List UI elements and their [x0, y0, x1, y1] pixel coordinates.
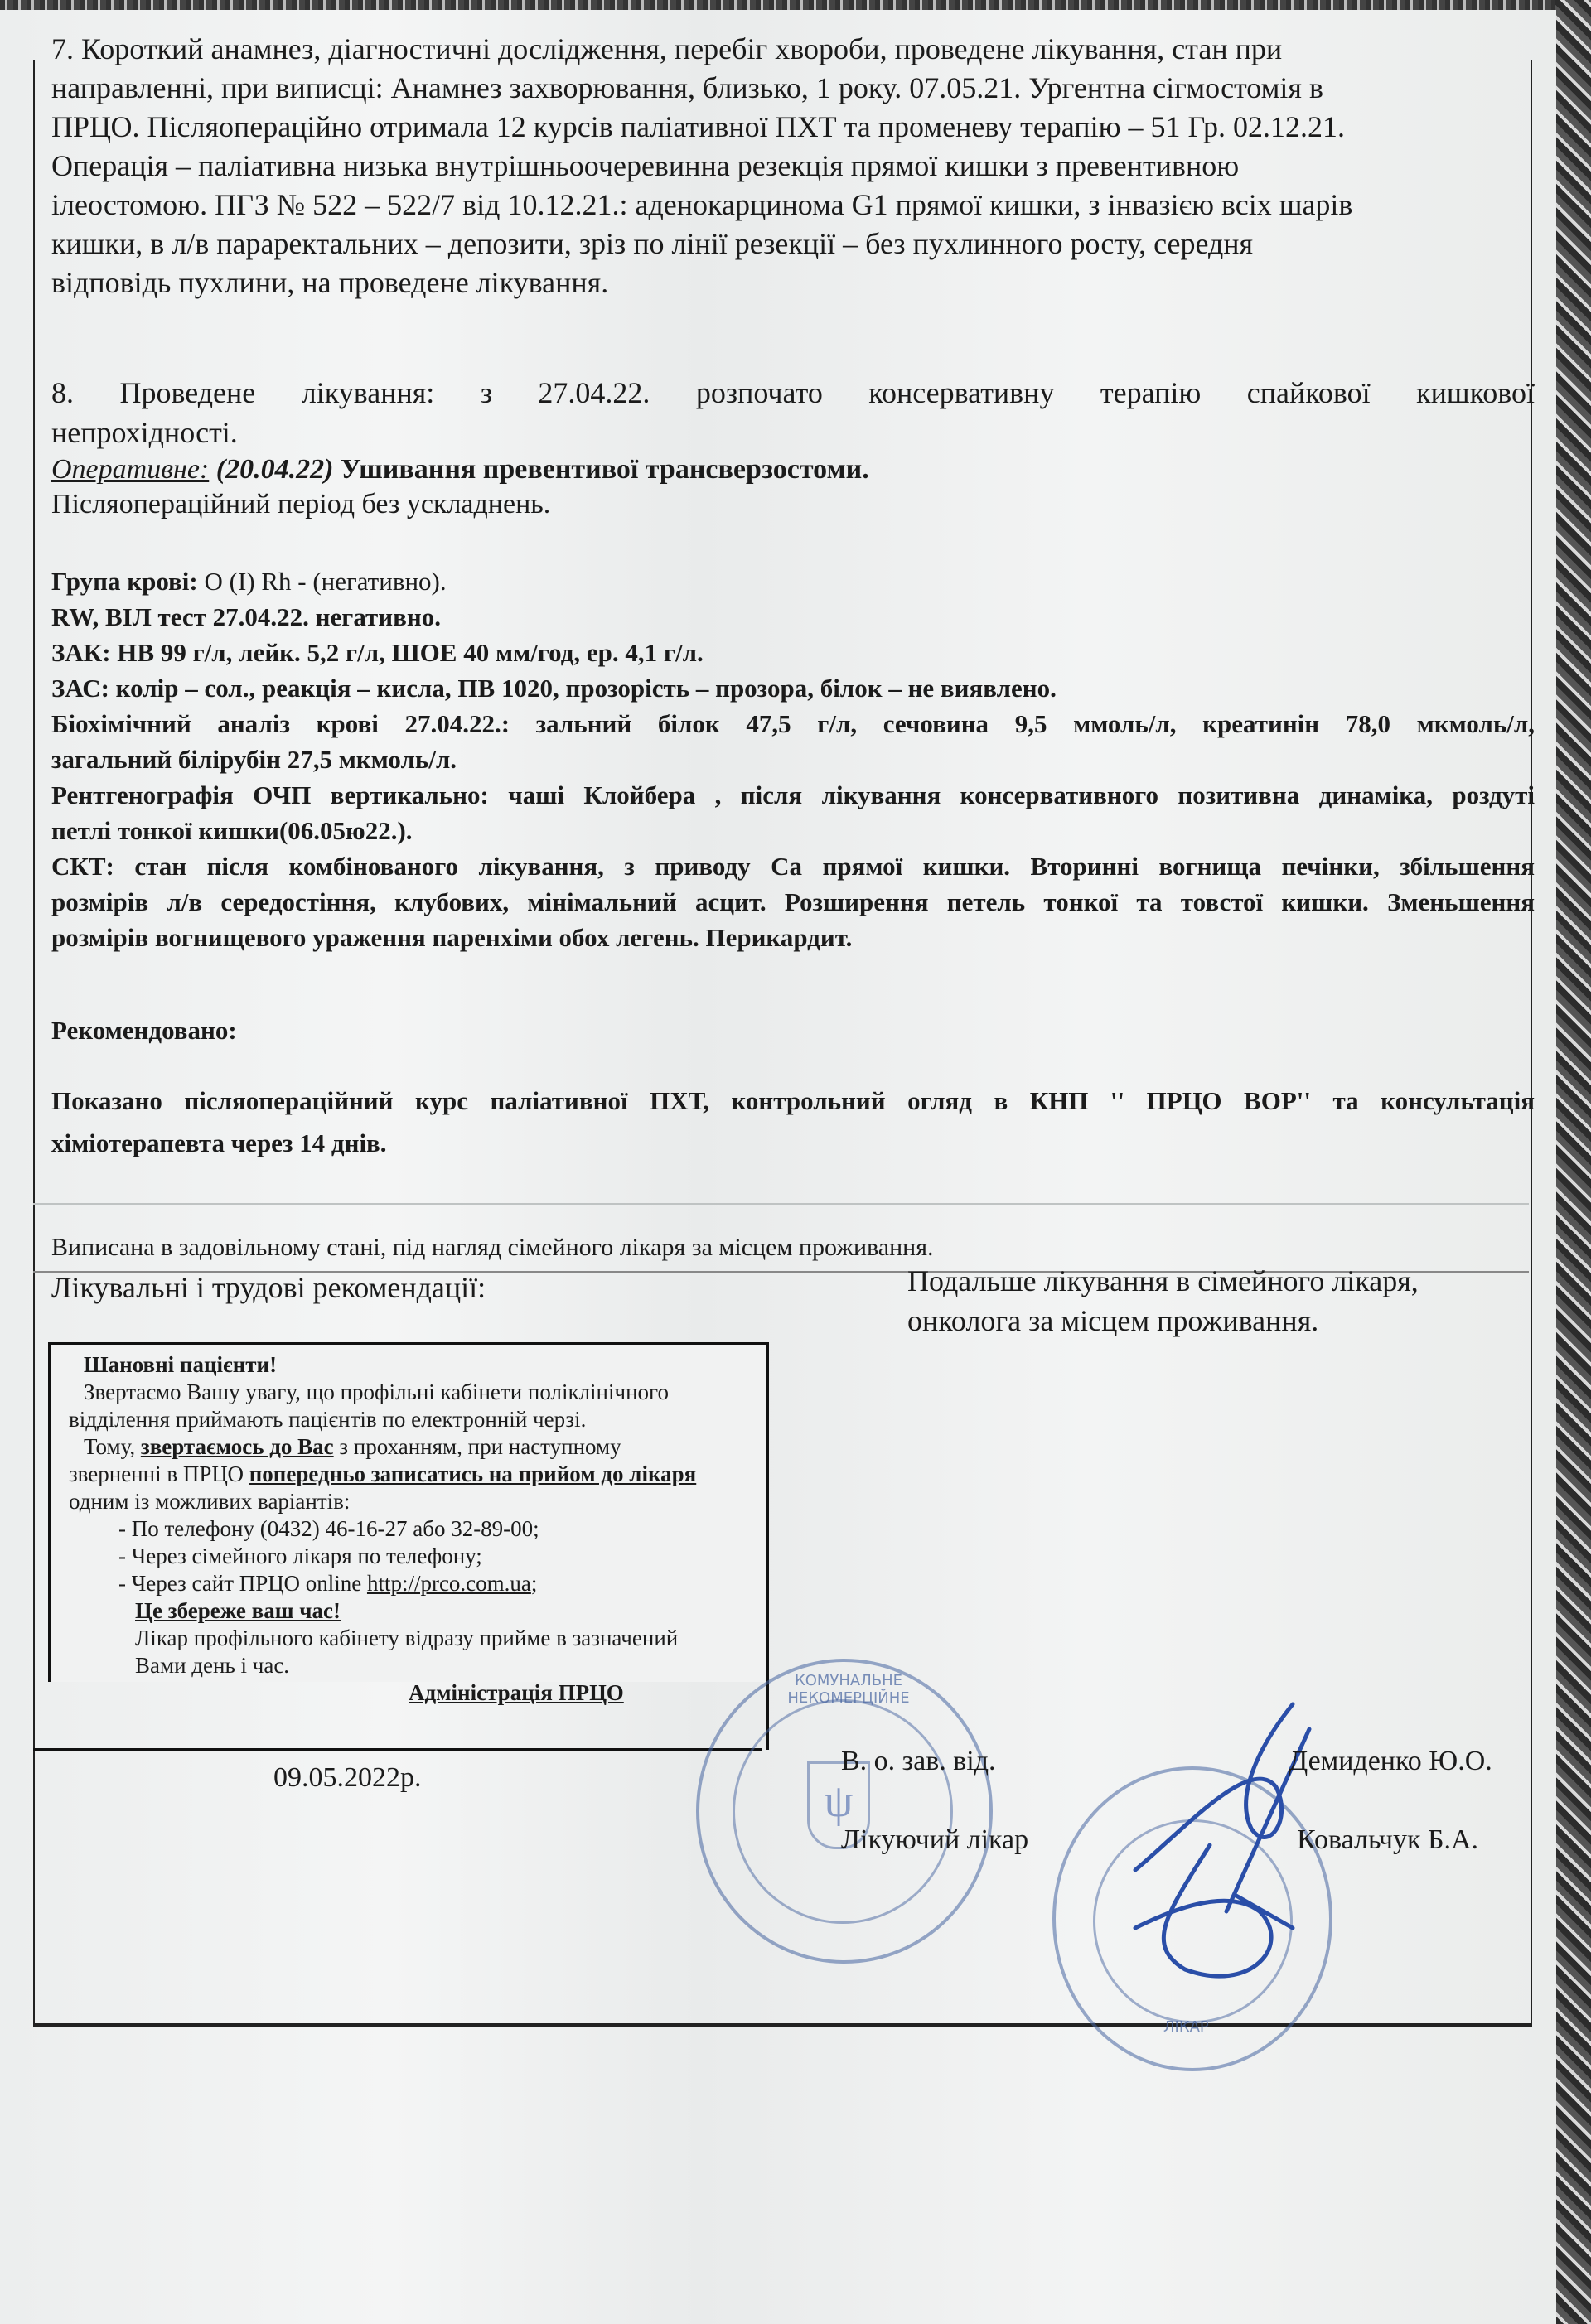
xray-line: Рентгенографія ОЧП вертикально: чаші Кло… [51, 777, 1535, 813]
section-8-treatment: 8. Проведене лікування: з 27.04.22. розп… [51, 373, 1535, 522]
lab-results: Група крові: O (I) Rh - (негативно). RW,… [51, 563, 1535, 955]
section-7-line: направленні, при виписці: Анамнез захвор… [51, 69, 1535, 108]
section-7-anamnesis: 7. Короткий анамнез, діагностичні дослід… [51, 30, 1535, 302]
blood-group: Група крові: O (I) Rh - (негативно). [51, 563, 1535, 599]
attending-doctor-role: Лікуючий лікар [841, 1824, 1028, 1856]
document-date: 09.05.2022р. [273, 1762, 422, 1794]
section-7-line: кишки, в л/в параректальних – депозити, … [51, 225, 1535, 263]
section-7-line: Операція – паліативна низька внутрішньоо… [51, 147, 1535, 186]
section-7-line: відповідь пухлини, на проведене лікуванн… [51, 263, 1535, 302]
operative-label: Оперативне: [51, 454, 209, 485]
ct-line: СКТ: стан після комбінованого лікування,… [51, 848, 1535, 884]
urinalysis-result: ЗАС: колір – сол., реакція – кисла, ПВ 1… [51, 670, 1535, 706]
xray-line: петлі тонкої кишки(06.05ю22.). [51, 813, 1535, 848]
discharge-summary-page: 7. Короткий анамнез, діагностичні дослід… [0, 10, 1556, 2324]
biochem-line: загальний білірубін 27,5 мкмоль/л. [51, 742, 1535, 777]
notice-signature: Адміністрація ПРЦО [69, 1679, 766, 1707]
table-rule [33, 1748, 762, 1751]
section-7-line: ПРЦО. Післяопераційно отримала 12 курсів… [51, 108, 1535, 147]
section-8-line: 8. Проведене лікування: з 27.04.22. розп… [51, 373, 1535, 413]
attending-doctor-name: Ковальчук Б.А. [1297, 1824, 1478, 1856]
patient-notice-box: Шановні пацієнти! Звертаємо Вашу увагу, … [48, 1342, 769, 1682]
website-link[interactable]: http://prco.com.ua [367, 1571, 531, 1596]
cbc-result: ЗАК: НВ 99 г/л, лейк. 5,2 г/л, ШОЕ 40 мм… [51, 635, 1535, 670]
background-lace-edge [1555, 0, 1591, 2324]
save-time-note: Це збереже ваш час! [69, 1597, 766, 1625]
ct-line: розмірів л/в середостіння, клубових, мін… [51, 884, 1535, 920]
head-of-department-name: Демиденко Ю.О. [1289, 1746, 1492, 1777]
rw-hiv-test: RW, ВІЛ тест 27.04.22. негативно. [51, 599, 1535, 635]
recommendation-section: Рекомендовано: Показано післяопераційний… [51, 1012, 1535, 1161]
notice-title: Шановні пацієнти! [69, 1351, 766, 1379]
section-7-line: 7. Короткий анамнез, діагностичні дослід… [51, 30, 1535, 69]
recommendation-line: Показано післяопераційний курс паліативн… [51, 1083, 1535, 1119]
notice-option: - Через сімейного лікаря по телефону; [69, 1543, 766, 1570]
recommendation-label: Рекомендовано: [51, 1012, 1535, 1048]
notice-option: - Через сайт ПРЦО online http://prco.com… [69, 1570, 766, 1597]
head-of-department-role: В. о. зав. від. [841, 1746, 996, 1777]
operative-text: Ушивання превентивої трансверзостоми. [341, 454, 869, 485]
institution-stamp: ψ КОМУНАЛЬНЕ НЕКОМЕРЦІЙНЕ [696, 1659, 993, 1964]
paper-fold-line [33, 1203, 1529, 1205]
postop-period: Післяопераційний період без ускладнень. [51, 487, 1535, 522]
section-7-line: ілеостомою. ПГЗ № 522 – 522/7 від 10.12.… [51, 186, 1535, 225]
notice-option: - По телефону (0432) 46-16-27 або 32-89-… [69, 1515, 766, 1543]
operative-procedure: Оперативне: (20.04.22) Ушивання превенти… [51, 452, 1535, 487]
further-treatment-note: Подальше лікування в сімейного лікаря, о… [907, 1261, 1419, 1341]
ct-line: розмірів вогнищевого ураження паренхіми … [51, 920, 1535, 955]
recommendation-line: хіміотерапевта через 14 днів. [51, 1125, 1535, 1161]
operative-date: (20.04.22) [216, 454, 334, 485]
section-8-line: непрохідності. [51, 413, 1535, 452]
biochem-line: Біохімічний аналіз крові 27.04.22.: заль… [51, 706, 1535, 742]
